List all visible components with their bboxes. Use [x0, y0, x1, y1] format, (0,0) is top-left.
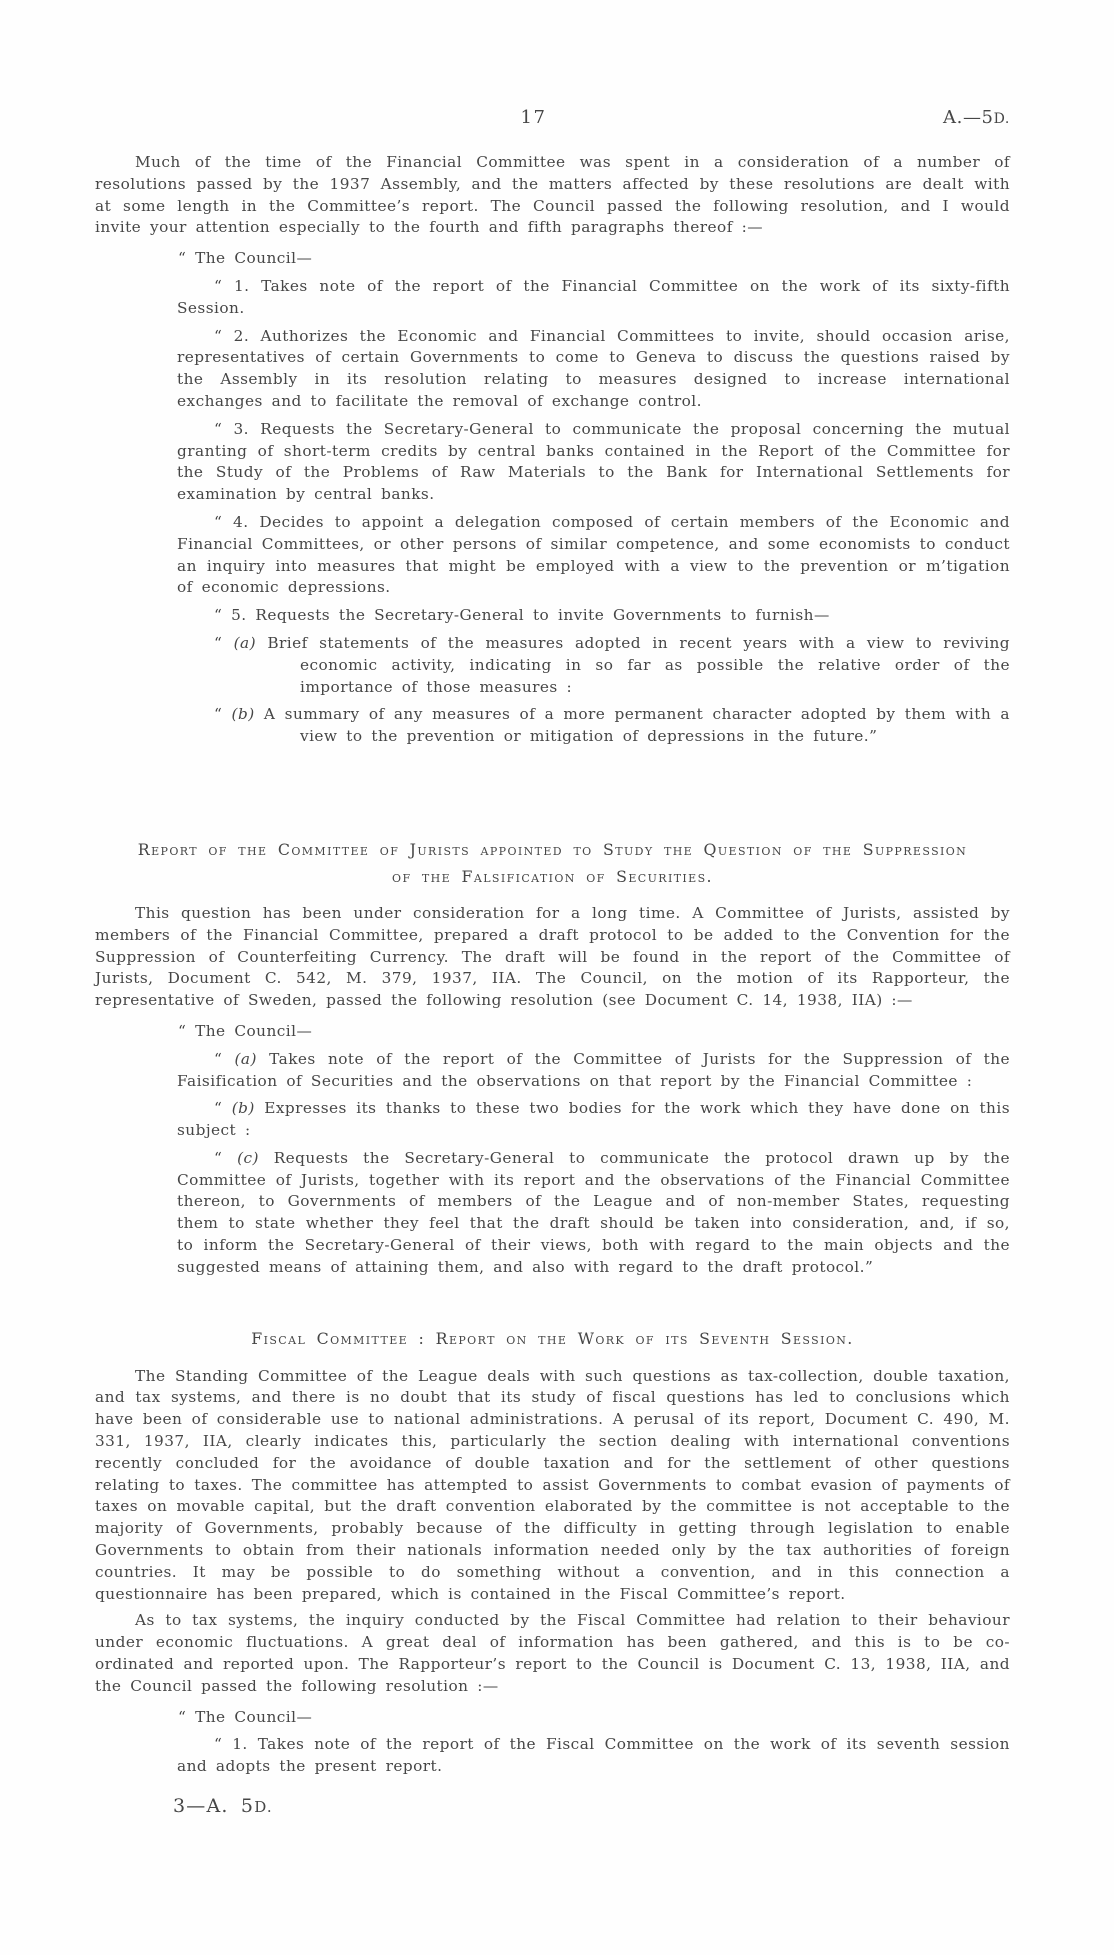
- jurists-item-c: “ (c) Requests the Secretary-General to …: [177, 1148, 1010, 1279]
- resolution-subitem-a: “ (a) Brief statements of the measures a…: [300, 633, 1010, 698]
- fiscal-paragraph-2: As to tax systems, the inquiry conducted…: [95, 1610, 1010, 1697]
- page-header: 17 A.—5D.: [95, 107, 1010, 131]
- resolution-item-1: “ 1. Takes note of the report of the Fin…: [177, 276, 1010, 320]
- jurists-item-a: “ (a) Takes note of the report of the Co…: [177, 1049, 1010, 1093]
- printer-signature-smallcap: D.: [254, 1798, 273, 1816]
- jurists-heading-line-1: Report of the Committee of Jurists appoi…: [95, 836, 1010, 863]
- document-reference-smallcap: D.: [994, 111, 1010, 127]
- document-page: 17 A.—5D. Much of the time of the Financ…: [0, 0, 1114, 1955]
- jurists-item-b: “ (b) Expresses its thanks to these two …: [177, 1098, 1010, 1142]
- resolution-item-5: “ 5. Requests the Secretary-General to i…: [177, 605, 1010, 627]
- resolution-item-2: “ 2. Authorizes the Economic and Financi…: [177, 326, 1010, 413]
- quote-mark: “: [214, 1149, 222, 1167]
- council-lead-in-1: “ The Council—: [178, 248, 1010, 270]
- council-lead-in-2: “ The Council—: [178, 1021, 1010, 1043]
- jurists-paragraph: This question has been under considerati…: [95, 903, 1010, 1012]
- resolution-item-4: “ 4. Decides to appoint a delegation com…: [177, 512, 1010, 599]
- fiscal-section-heading: Fiscal Committee : Report on the Work of…: [95, 1325, 1010, 1352]
- jurists-section-heading: Report of the Committee of Jurists appoi…: [95, 836, 1010, 890]
- jurists-label-b: (b): [232, 1099, 255, 1117]
- jurists-text-a: Takes note of the report of the Committe…: [177, 1050, 1010, 1090]
- printer-signature-prefix: 3—A. 5: [173, 1795, 254, 1817]
- quote-mark: “: [214, 1050, 222, 1068]
- jurists-heading-line-2: of the Falsification of Securities.: [95, 863, 1010, 890]
- quote-mark: “: [214, 634, 222, 652]
- jurists-label-a: (a): [235, 1050, 257, 1068]
- jurists-text-b: Expresses its thanks to these two bodies…: [177, 1099, 1010, 1139]
- quote-mark: “: [214, 705, 222, 723]
- document-reference-prefix: A.—5: [943, 107, 994, 128]
- page-number: 17: [521, 107, 547, 129]
- fiscal-resolution-item-1: “ 1. Takes note of the report of the Fis…: [177, 1734, 1010, 1778]
- subitem-label-b: (b): [232, 705, 255, 723]
- document-reference: A.—5D.: [943, 107, 1010, 131]
- fiscal-paragraph-1: The Standing Committee of the League dea…: [95, 1366, 1010, 1606]
- subitem-label-a: (a): [234, 634, 256, 652]
- intro-paragraph: Much of the time of the Financial Commit…: [95, 152, 1010, 239]
- resolution-subitem-b: “ (b) A summary of any measures of a mor…: [300, 704, 1010, 748]
- subitem-text-a: Brief statements of the measures adopted…: [267, 634, 1010, 696]
- council-lead-in-3: “ The Council—: [178, 1707, 1010, 1729]
- jurists-label-c: (c): [237, 1149, 259, 1167]
- subitem-text-b: A summary of any measures of a more perm…: [264, 705, 1010, 745]
- resolution-item-3: “ 3. Requests the Secretary-General to c…: [177, 419, 1010, 506]
- quote-mark: “: [214, 1099, 222, 1117]
- printer-signature: 3—A. 5D.: [173, 1796, 1010, 1819]
- jurists-text-c: Requests the Secretary-General to commun…: [177, 1149, 1010, 1276]
